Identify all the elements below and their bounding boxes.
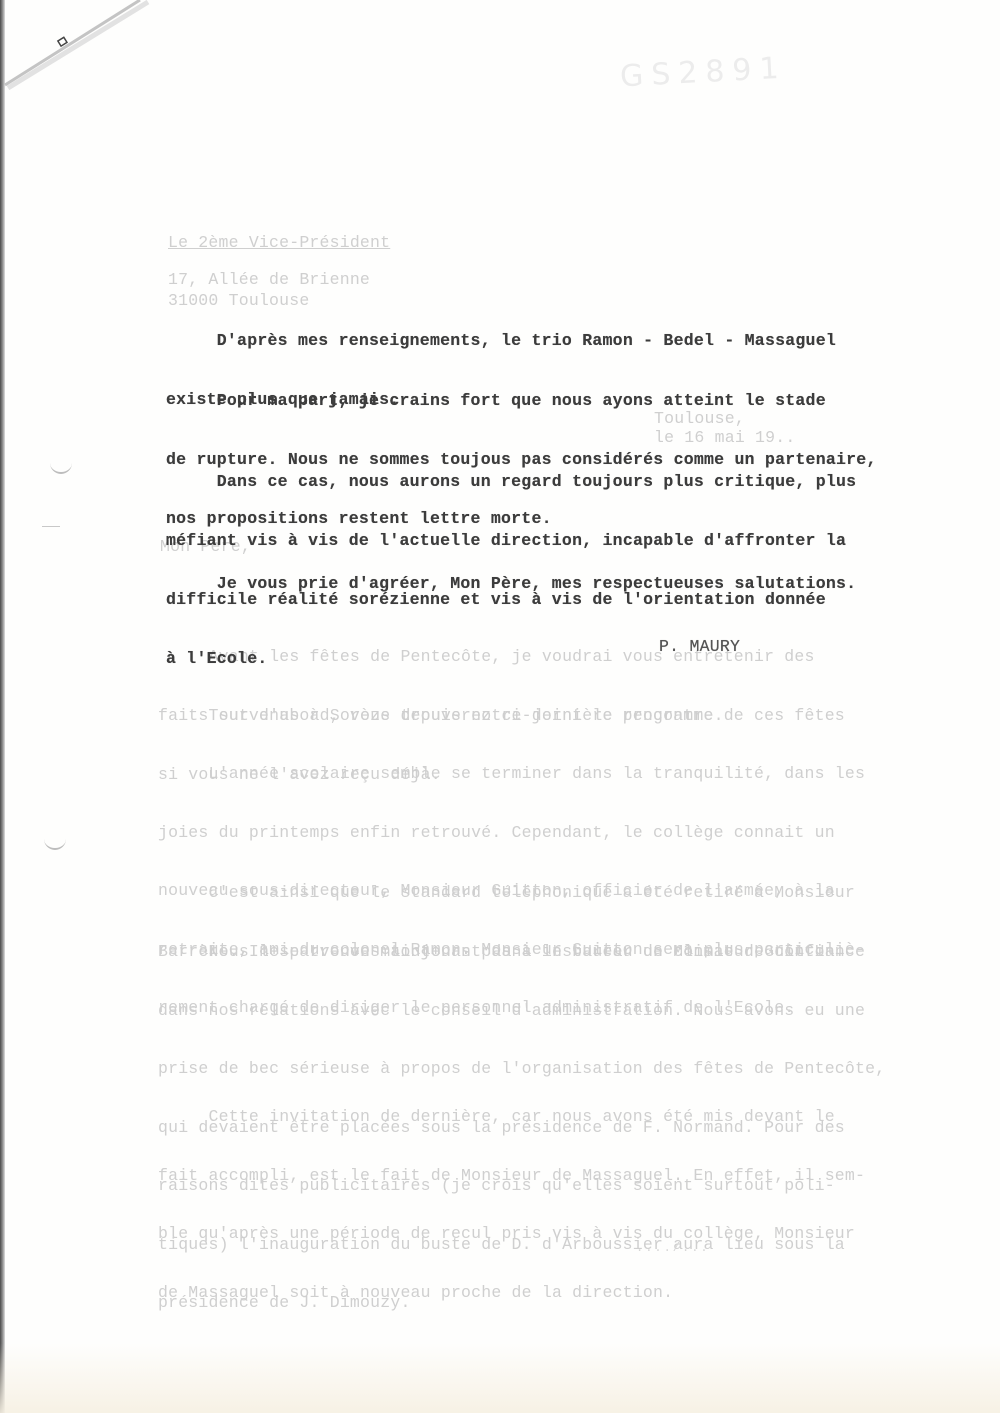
ghost-address-line: 17, Allée de Brienne: [168, 270, 370, 290]
document-page: GS2891 Le 2ème Vice-Président 17, Allée …: [0, 0, 1000, 1413]
closing-salutation: Je vous prie d'agréer, Mon Père, mes res…: [166, 535, 856, 633]
margin-mark: [42, 526, 60, 527]
signature: P. MAURY: [659, 637, 740, 657]
ghost-paragraph: Cette invitation de dernière, car nous a…: [158, 1068, 865, 1341]
handwritten-reference: GS2891: [619, 51, 787, 95]
punch-hole-mark: [50, 462, 72, 474]
punch-hole-mark: [44, 838, 66, 850]
paper-discoloration: [0, 1343, 1000, 1413]
staple-icon: [0, 0, 150, 100]
ghost-letterhead: Le 2ème Vice-Président: [168, 233, 390, 253]
page-edge-shadow: [0, 0, 5, 1413]
page-continuation-mark: ..../...: [636, 1241, 710, 1255]
